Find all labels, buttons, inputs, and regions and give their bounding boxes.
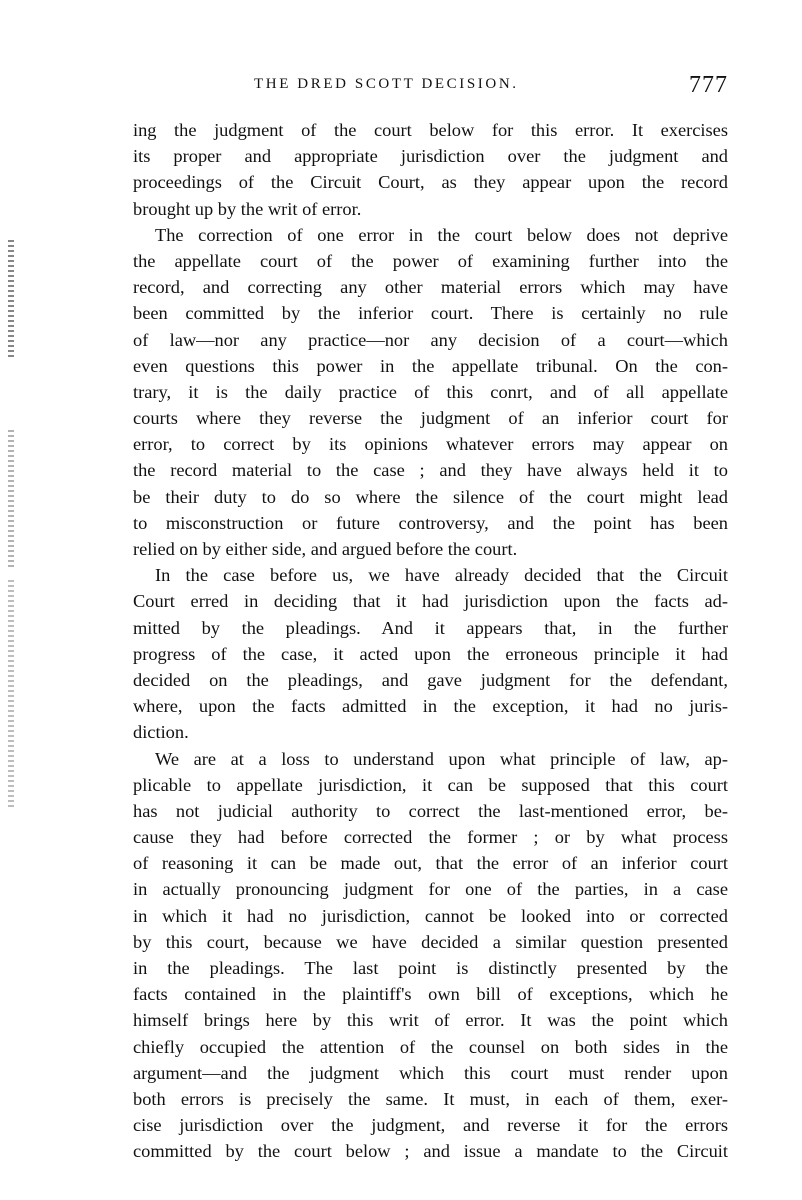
text-line: of reasoning it can be made out, that th… [133, 850, 728, 876]
text-line: courts where they reverse the judgment o… [133, 405, 728, 431]
text-line: where, upon the facts admitted in the ex… [133, 693, 728, 719]
text-line: in actually pronouncing judgment for one… [133, 876, 728, 902]
text-line: plicable to appellate jurisdiction, it c… [133, 772, 728, 798]
text-line: ing the judgment of the court below for … [133, 117, 728, 143]
text-line: brought up by the writ of error. [133, 196, 728, 222]
text-line: of law—nor any practice—nor any decision… [133, 327, 728, 353]
paragraph: ing the judgment of the court below for … [133, 117, 728, 222]
page-header: THE DRED SCOTT DECISION. 777 [254, 76, 728, 106]
text-line: been committed by the inferior court. Th… [133, 300, 728, 326]
text-line: We are at a loss to understand upon what… [133, 746, 728, 772]
scan-margin-artifact [8, 430, 14, 570]
text-line: in the pleadings. The last point is dist… [133, 955, 728, 981]
text-line: cise jurisdiction over the judgment, and… [133, 1112, 728, 1138]
page-number: 777 [689, 72, 728, 99]
text-line: in which it had no jurisdiction, cannot … [133, 903, 728, 929]
text-line: even questions this power in the appella… [133, 353, 728, 379]
text-line: progress of the case, it acted upon the … [133, 641, 728, 667]
paragraph: In the case before us, we have already d… [133, 562, 728, 745]
running-title: THE DRED SCOTT DECISION. [254, 76, 519, 93]
text-line: error, to correct by its opinions whatev… [133, 431, 728, 457]
paragraph: The correction of one error in the court… [133, 222, 728, 562]
text-line: facts contained in the plaintiff's own b… [133, 981, 728, 1007]
text-line: to misconstruction or future controversy… [133, 510, 728, 536]
text-line: mitted by the pleadings. And it appears … [133, 615, 728, 641]
text-line: chiefly occupied the attention of the co… [133, 1034, 728, 1060]
text-line: by this court, because we have decided a… [133, 929, 728, 955]
text-line: In the case before us, we have already d… [133, 562, 728, 588]
text-line: trary, it is the daily practice of this … [133, 379, 728, 405]
text-line: be their duty to do so where the silence… [133, 484, 728, 510]
text-line: himself brings here by this writ of erro… [133, 1007, 728, 1033]
text-line: its proper and appropriate jurisdiction … [133, 143, 728, 169]
text-line: relied on by either side, and argued bef… [133, 536, 728, 562]
text-line: record, and correcting any other materia… [133, 274, 728, 300]
text-line: argument—and the judgment which this cou… [133, 1060, 728, 1086]
text-line: cause they had before corrected the form… [133, 824, 728, 850]
text-line: has not judicial authority to correct th… [133, 798, 728, 824]
text-line: The correction of one error in the court… [133, 222, 728, 248]
text-line: decided on the pleadings, and gave judgm… [133, 667, 728, 693]
paragraph: We are at a loss to understand upon what… [133, 746, 728, 1165]
text-line: proceedings of the Circuit Court, as the… [133, 169, 728, 195]
text-line: Court erred in deciding that it had juri… [133, 588, 728, 614]
body-text: ing the judgment of the court below for … [133, 117, 728, 1165]
text-line: both errors is precisely the same. It mu… [133, 1086, 728, 1112]
text-line: the record material to the case ; and th… [133, 457, 728, 483]
text-line: diction. [133, 719, 728, 745]
text-line: committed by the court below ; and issue… [133, 1138, 728, 1164]
text-line: the appellate court of the power of exam… [133, 248, 728, 274]
scan-margin-artifact [8, 240, 14, 360]
scan-margin-artifact [8, 580, 14, 810]
